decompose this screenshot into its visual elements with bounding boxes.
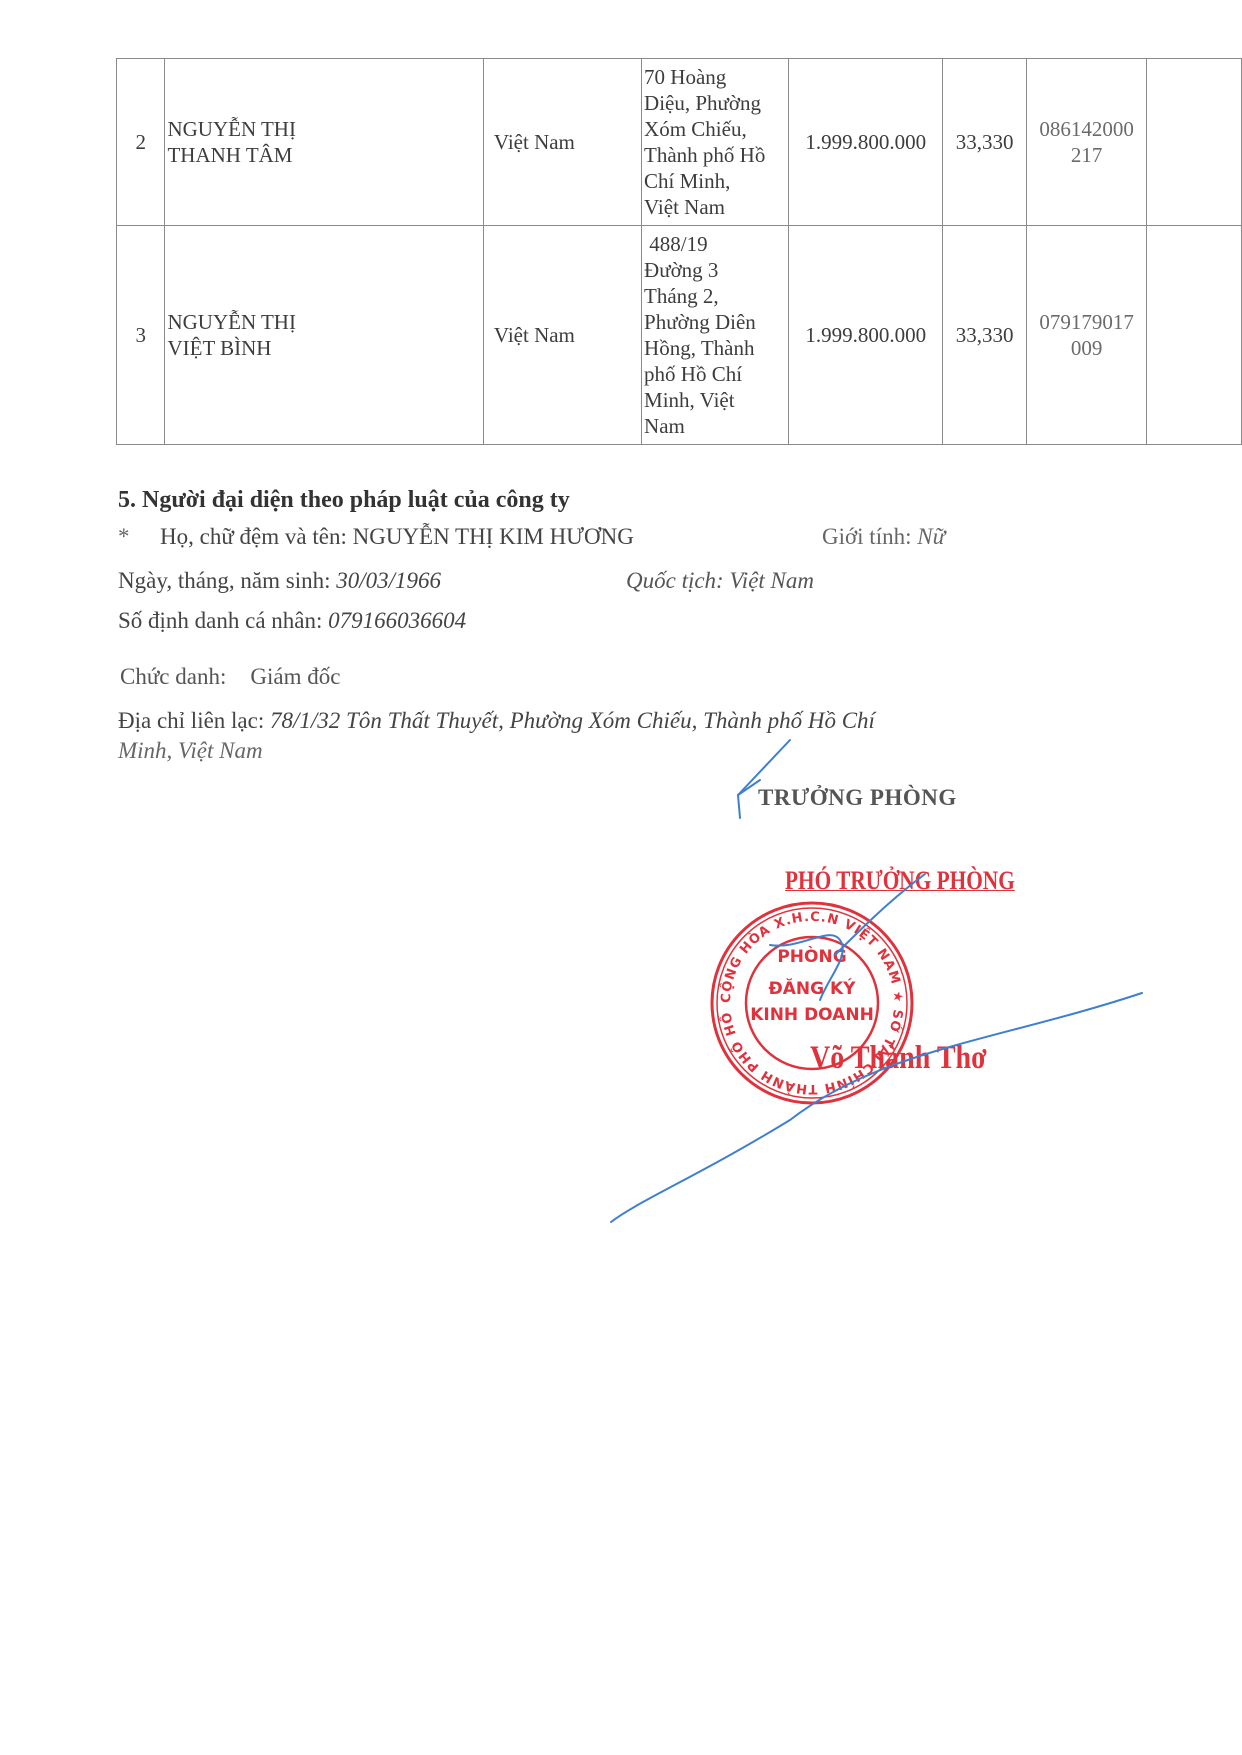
- cell-percent: 33,330: [943, 226, 1027, 445]
- cell-note: [1147, 226, 1242, 445]
- cell-note: [1147, 59, 1242, 226]
- cell-name: NGUYỄN THỊ THANH TÂM: [165, 59, 483, 226]
- cell-percent: 33,330: [943, 59, 1027, 226]
- table-row: 3 NGUYỄN THỊ VIỆT BÌNH Việt Nam 488/19 Đ…: [117, 226, 1242, 445]
- cell-stt: 3: [117, 226, 165, 445]
- section-title: 5. Người đại diện theo pháp luật của côn…: [118, 487, 570, 514]
- cell-capital: 1.999.800.000: [789, 59, 943, 226]
- id-line: Số định danh cá nhân: 079166036604: [118, 608, 466, 634]
- id-value: 079166036604: [328, 608, 466, 633]
- deputy-title: PHÓ TRƯỞNG PHÒNG: [785, 866, 1015, 896]
- cell-address: 488/19 Đường 3 Tháng 2, Phường Diên Hồng…: [642, 226, 789, 445]
- cell-nationality: Việt Nam: [483, 226, 641, 445]
- cell-nationality: Việt Nam: [483, 59, 641, 226]
- rep-name-line: *Họ, chữ đệm và tên: NGUYỄN THỊ KIM HƯƠN…: [118, 524, 634, 550]
- cell-id: 086142000 217: [1027, 59, 1147, 226]
- dob-label: Ngày, tháng, năm sinh:: [118, 568, 336, 593]
- name-value: NGUYỄN THỊ KIM HƯƠNG: [353, 524, 634, 549]
- position-label: Chức danh:: [120, 664, 226, 689]
- document-page: 2 NGUYỄN THỊ THANH TÂM Việt Nam 70 Hoàng…: [0, 0, 1242, 1755]
- cell-address: 70 Hoàng Diệu, Phường Xóm Chiếu, Thành p…: [642, 59, 789, 226]
- signer-name: Võ Thành Thơ: [810, 1040, 987, 1077]
- address-line-continued: Minh, Việt Nam: [118, 738, 263, 764]
- dob-line: Ngày, tháng, năm sinh: 30/03/1966: [118, 568, 441, 594]
- svg-text:PHÒNG: PHÒNG: [777, 945, 846, 967]
- address-value: 78/1/32 Tôn Thất Thuyết, Phường Xóm Chiế…: [270, 708, 875, 733]
- cell-id: 079179017 009: [1027, 226, 1147, 445]
- gender-label: Giới tính:: [822, 524, 917, 549]
- table-row: 2 NGUYỄN THỊ THANH TÂM Việt Nam 70 Hoàng…: [117, 59, 1242, 226]
- gender-value: Nữ: [917, 524, 945, 549]
- cell-stt: 2: [117, 59, 165, 226]
- dob-value: 30/03/1966: [336, 568, 441, 593]
- position-line: Chức danh:Giám đốc: [120, 664, 340, 690]
- svg-text:ĐĂNG KÝ: ĐĂNG KÝ: [769, 977, 857, 999]
- gender-line: Giới tính: Nữ: [822, 524, 945, 550]
- bullet-star: *: [118, 524, 160, 550]
- head-title: TRƯỞNG PHÒNG: [758, 785, 957, 811]
- position-value: Giám đốc: [250, 664, 340, 689]
- name-label: Họ, chữ đệm và tên:: [160, 524, 353, 549]
- members-table: 2 NGUYỄN THỊ THANH TÂM Việt Nam 70 Hoàng…: [116, 58, 1242, 445]
- id-label: Số định danh cá nhân:: [118, 608, 328, 633]
- nationality-line: Quốc tịch: Việt Nam: [626, 568, 814, 594]
- cell-capital: 1.999.800.000: [789, 226, 943, 445]
- cell-name: NGUYỄN THỊ VIỆT BÌNH: [165, 226, 483, 445]
- svg-text:KINH DOANH: KINH DOANH: [750, 1005, 874, 1025]
- address-label: Địa chỉ liên lạc:: [118, 708, 270, 733]
- address-line: Địa chỉ liên lạc: 78/1/32 Tôn Thất Thuyế…: [118, 708, 875, 734]
